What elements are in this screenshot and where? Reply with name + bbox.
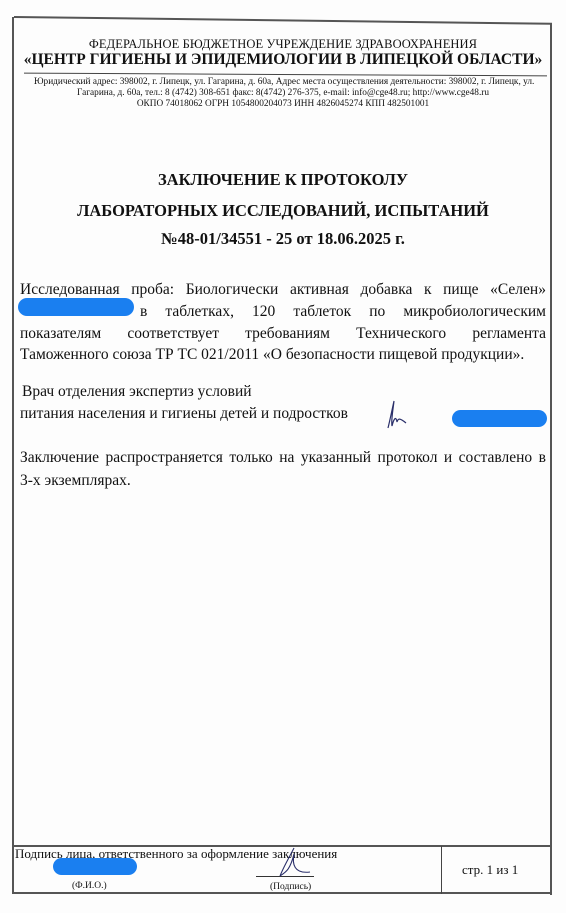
conclusion-line-2: в таблетках, 120 таблеток по микробиолог… bbox=[140, 301, 546, 323]
org-type: ФЕДЕРАЛЬНОЕ БЮДЖЕТНОЕ УЧРЕЖДЕНИЕ ЗДРАВОО… bbox=[0, 37, 566, 52]
address-line-2: Гагарина, д. 60а, тел.: 8 (4742) 308-651… bbox=[0, 88, 566, 98]
registration-codes: ОКПО 74018062 ОГРН 1054800204073 ИНН 482… bbox=[0, 99, 566, 109]
redacted-doctor-name bbox=[452, 410, 547, 427]
doc-title-line-1: ЗАКЛЮЧЕНИЕ К ПРОТОКОЛУ bbox=[0, 170, 566, 190]
doctor-signature-icon bbox=[382, 398, 414, 430]
footer-divider bbox=[441, 846, 442, 894]
address-line-1: Юридический адрес: 398002, г. Липецк, ул… bbox=[34, 77, 544, 87]
conclusion-line-3: показателям соответствует требованиям Те… bbox=[20, 323, 546, 345]
fio-label: (Ф.И.О.) bbox=[72, 881, 107, 891]
page-border-top bbox=[14, 16, 552, 25]
redacted-product-name bbox=[18, 298, 134, 316]
page-number: стр. 1 из 1 bbox=[462, 862, 518, 878]
doc-title-line-2: ЛАБОРАТОРНЫХ ИССЛЕДОВАНИЙ, ИСПЫТАНИЙ bbox=[0, 201, 566, 221]
org-name: «ЦЕНТР ГИГИЕНЫ И ЭПИДЕМИОЛОГИИ В ЛИПЕЦКО… bbox=[0, 51, 566, 69]
redacted-responsible-name bbox=[53, 858, 137, 875]
page-border-right bbox=[550, 23, 552, 895]
page-border-left bbox=[12, 17, 14, 894]
scope-note-line-2: 3-х экземплярах. bbox=[20, 470, 546, 492]
conclusion-line-4: Таможенного союза ТР ТС 021/2011 «О безо… bbox=[20, 344, 546, 366]
header-divider bbox=[24, 73, 547, 77]
signatory-title-line-1: Врач отделения экспертиз условий bbox=[22, 381, 548, 403]
responsible-signature-icon bbox=[272, 846, 312, 880]
signature-label: (Подпись) bbox=[270, 882, 311, 892]
protocol-number: №48-01/34551 - 25 от 18.06.2025 г. bbox=[0, 229, 566, 249]
scope-note-line-1: Заключение распространяется только на ук… bbox=[20, 447, 546, 469]
